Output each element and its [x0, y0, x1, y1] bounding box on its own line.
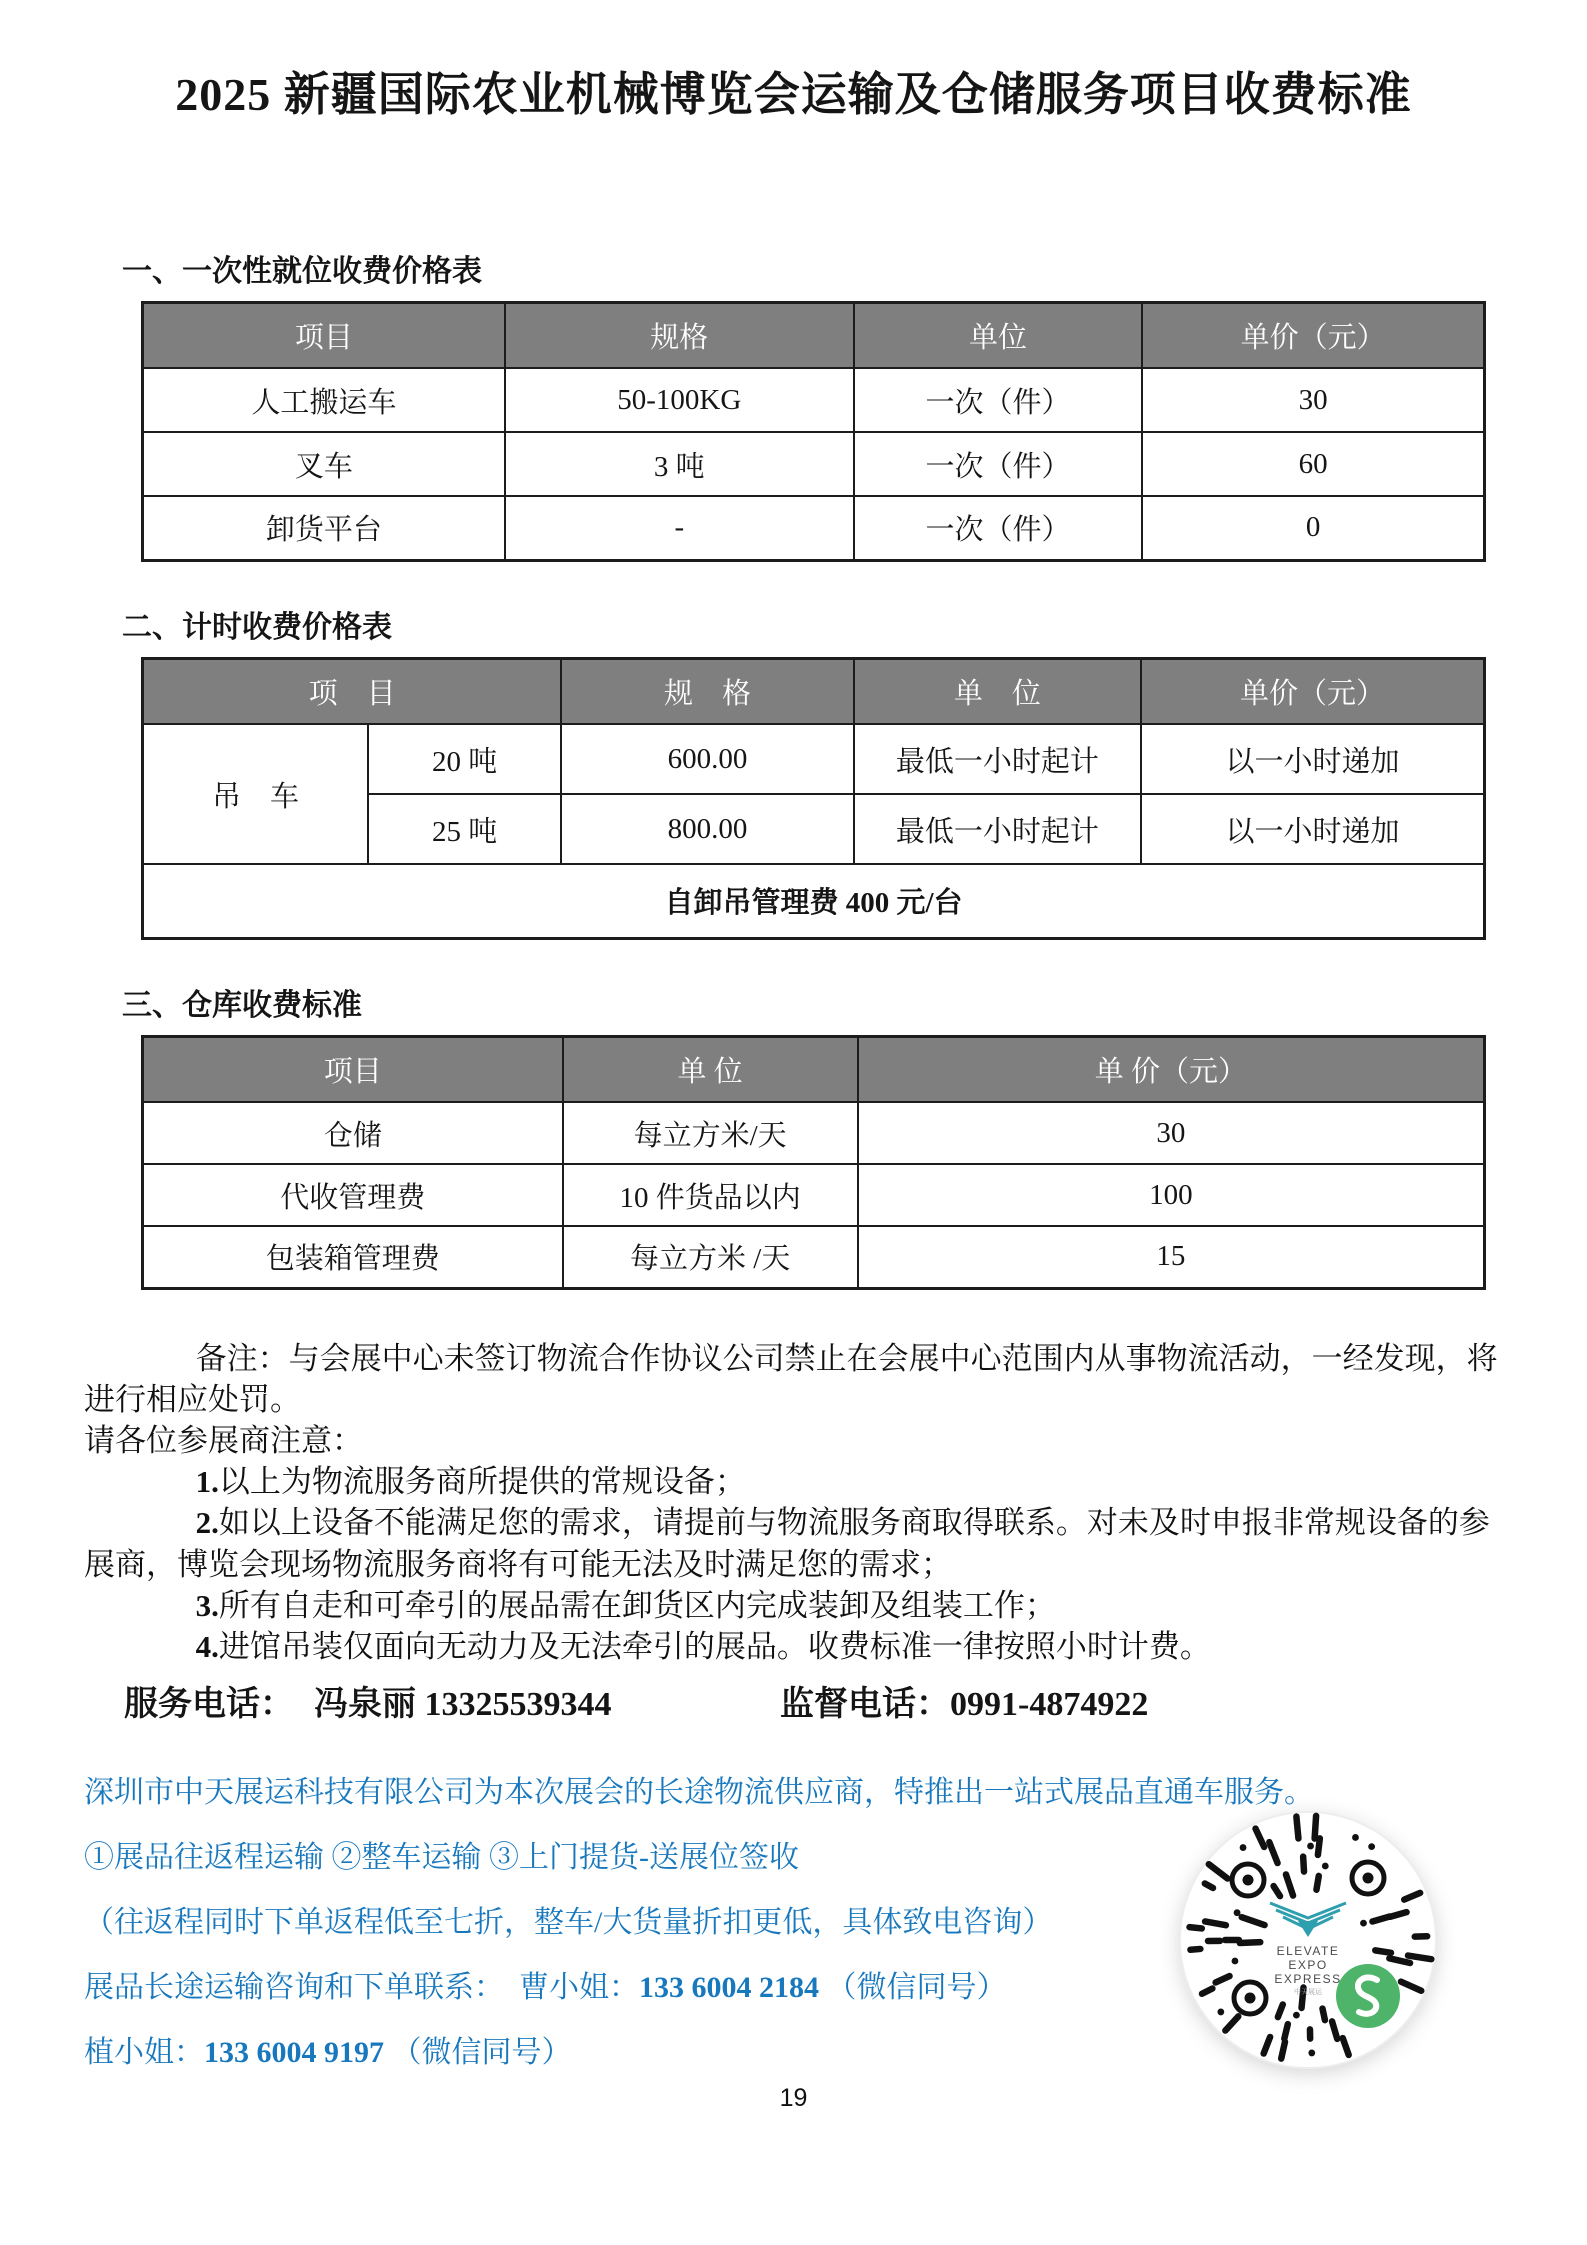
header-price: 单价（元）: [1142, 302, 1484, 368]
price-cell: 以一小时递加: [1141, 724, 1485, 794]
spec-cell: -: [505, 496, 854, 560]
service-phone: 服务电话：冯泉丽 13325539344: [124, 1686, 612, 1723]
service-phone-number: 冯泉丽 13325539344: [314, 1686, 612, 1723]
spec-cell: 600.00: [561, 724, 854, 794]
contact1-label: 展品长途运输咨询和下单联系： 曹小姐：: [84, 1971, 639, 2004]
table-row: 吊 车 20 吨 600.00 最低一小时起计 以一小时递加: [143, 724, 1485, 794]
item-cell: 包装箱管理费: [143, 1226, 563, 1288]
item-cell: 人工搬运车: [143, 368, 505, 432]
spec-cell: 3 吨: [505, 432, 854, 496]
supervision-phone: 监督电话：0991-4874922: [780, 1686, 1148, 1723]
header-spec: 规格: [505, 302, 854, 368]
note-item-4: 4.进馆吊装仅面向无动力及无法牵引的展品。收费标准一律按照小时计费。: [84, 1626, 1507, 1667]
qr-logo-text-1: ELEVATE: [1277, 1944, 1340, 1958]
price-cell: 100: [858, 1164, 1485, 1226]
document-page: 2025 新疆国际农业机械博览会运输及仓储服务项目收费标准 一、一次性就位收费价…: [0, 0, 1587, 2072]
item-cell: 叉车: [143, 432, 505, 496]
logistics-intro-line: 深圳市中天展运科技有限公司为本次展会的长途物流供应商，特推出一站式展品直通车服务…: [84, 1773, 1507, 1812]
management-fee-cell: 自卸吊管理费 400 元/台: [143, 864, 1485, 938]
table-row: 仓储 每立方米/天 30: [143, 1102, 1485, 1164]
contact2-wechat-note: （微信同号）: [384, 2036, 572, 2069]
qr-logo-text-cn: 中天展运: [1294, 1987, 1323, 1996]
one-time-fee-table: 项目 规格 单位 单价（元） 人工搬运车 50-100KG 一次（件） 30 叉…: [141, 301, 1486, 562]
table-row: 叉车 3 吨 一次（件） 60: [143, 432, 1485, 496]
table-row: 卸货平台 - 一次（件） 0: [143, 496, 1485, 560]
qr-logo-text-2: EXPO: [1288, 1958, 1327, 1972]
table-header-row: 项目 规格 单位 单价（元）: [143, 302, 1485, 368]
note-number: 3.: [196, 1588, 219, 1623]
crane-group-cell: 吊 车: [143, 724, 368, 864]
hourly-fee-table: 项 目 规 格 单 位 单价（元） 吊 车 20 吨 600.00 最低一小时起…: [141, 657, 1486, 940]
section2-heading: 二、计时收费价格表: [122, 608, 1587, 647]
page-title: 2025 新疆国际农业机械博览会运输及仓储服务项目收费标准: [0, 0, 1587, 124]
unit-cell: 一次（件）: [854, 496, 1143, 560]
supervision-phone-label: 监督电话：: [780, 1686, 950, 1723]
unit-cell: 一次（件）: [854, 368, 1143, 432]
unit-cell: 每立方米 /天: [563, 1226, 858, 1288]
header-spec: 规 格: [561, 658, 854, 724]
note-item-1: 1.以上为物流服务商所提供的常规设备；: [84, 1461, 1507, 1502]
wechat-miniprogram-badge: [1336, 1964, 1400, 2028]
note-text: 以上为物流服务商所提供的常规设备；: [219, 1464, 746, 1499]
note-item-3: 3.所有自走和可牵引的展品需在卸货区内完成装卸及组装工作；: [84, 1585, 1507, 1626]
price-cell: 以一小时递加: [1141, 794, 1485, 864]
price-cell: 15: [858, 1226, 1485, 1288]
note-number: 1.: [196, 1464, 219, 1499]
section3-heading: 三、仓库收费标准: [122, 986, 1587, 1025]
price-cell: 30: [1142, 368, 1484, 432]
phone-contacts-line: 服务电话：冯泉丽 13325539344 监督电话：0991-4874922: [124, 1683, 1587, 1727]
price-cell: 60: [1142, 432, 1484, 496]
note-text: 如以上设备不能满足您的需求，请提前与物流服务商取得联系。对未及时申报非常规设备的…: [84, 1505, 1490, 1581]
note-item-2: 2.如以上设备不能满足您的需求，请提前与物流服务商取得联系。对未及时申报非常规设…: [84, 1502, 1507, 1584]
contact1-wechat-note: （微信同号）: [819, 1971, 1007, 2004]
attention-heading: 请各位参展商注意：: [84, 1420, 1507, 1461]
table-header-row: 项 目 规 格 单 位 单价（元）: [143, 658, 1485, 724]
note-number: 2.: [196, 1505, 219, 1540]
tonnage-cell: 20 吨: [368, 724, 561, 794]
contact1-phone-number: 133 6004 2184: [639, 1971, 819, 2004]
header-unit: 单 位: [854, 658, 1141, 724]
note-text: 进馆吊装仅面向无动力及无法牵引的展品。收费标准一律按照小时计费。: [219, 1629, 1211, 1664]
header-price: 单 价（元）: [858, 1036, 1485, 1102]
wechat-miniprogram-qr-code: ELEVATE EXPO EXPRESS 中天展运: [1176, 1808, 1440, 2072]
table-footer-row: 自卸吊管理费 400 元/台: [143, 864, 1485, 938]
header-price: 单价（元）: [1141, 658, 1485, 724]
contact2-label: 植小姐：: [84, 2036, 204, 2069]
price-cell: 30: [858, 1102, 1485, 1164]
unit-cell: 每立方米/天: [563, 1102, 858, 1164]
remark-paragraph: 备注：与会展中心未签订物流合作协议公司禁止在会展中心范围内从事物流活动，一经发现…: [84, 1338, 1507, 1420]
item-cell: 代收管理费: [143, 1164, 563, 1226]
unit-cell: 一次（件）: [854, 432, 1143, 496]
spec-cell: 800.00: [561, 794, 854, 864]
table-row: 人工搬运车 50-100KG 一次（件） 30: [143, 368, 1485, 432]
warehouse-fee-table: 项目 单 位 单 价（元） 仓储 每立方米/天 30 代收管理费 10 件货品以…: [141, 1035, 1486, 1290]
service-phone-label: 服务电话：: [124, 1686, 294, 1723]
unit-cell: 最低一小时起计: [854, 724, 1141, 794]
header-item: 项 目: [143, 658, 562, 724]
header-unit: 单位: [854, 302, 1143, 368]
header-item: 项目: [143, 1036, 563, 1102]
note-text: 所有自走和可牵引的展品需在卸货区内完成装卸及组装工作；: [219, 1588, 1056, 1623]
header-unit: 单 位: [563, 1036, 858, 1102]
table-header-row: 项目 单 位 单 价（元）: [143, 1036, 1485, 1102]
price-cell: 0: [1142, 496, 1484, 560]
note-number: 4.: [196, 1629, 219, 1664]
supervision-phone-number: 0991-4874922: [950, 1686, 1148, 1723]
spec-cell: 50-100KG: [505, 368, 854, 432]
notes-block: 备注：与会展中心未签订物流合作协议公司禁止在会展中心范围内从事物流活动，一经发现…: [84, 1338, 1507, 1668]
unit-cell: 最低一小时起计: [854, 794, 1141, 864]
tonnage-cell: 25 吨: [368, 794, 561, 864]
table-row: 包装箱管理费 每立方米 /天 15: [143, 1226, 1485, 1288]
contact2-phone-number: 133 6004 9197: [204, 2036, 384, 2069]
qr-logo-text-3: EXPRESS: [1274, 1972, 1341, 1986]
table-row: 代收管理费 10 件货品以内 100: [143, 1164, 1485, 1226]
item-cell: 卸货平台: [143, 496, 505, 560]
header-item: 项目: [143, 302, 505, 368]
unit-cell: 10 件货品以内: [563, 1164, 858, 1226]
page-number: 19: [0, 2084, 1587, 2113]
item-cell: 仓储: [143, 1102, 563, 1164]
section1-heading: 一、一次性就位收费价格表: [122, 252, 1587, 291]
